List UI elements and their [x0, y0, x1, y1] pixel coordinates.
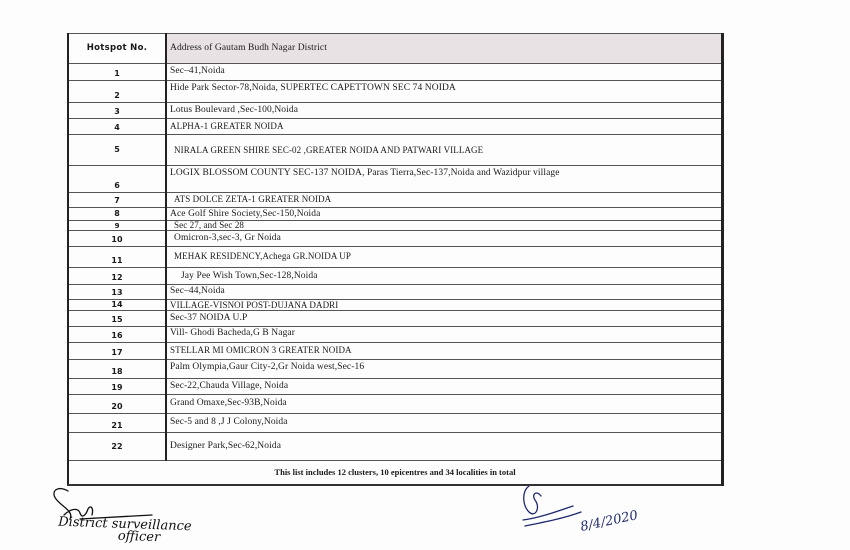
hotspot-number: 8 — [68, 208, 166, 221]
table-row: 18 Palm Olympia,Gaur City-2,Gr Noida wes… — [68, 360, 723, 379]
hotspot-table: Hotspot No. Address of Gautam Budh Nagar… — [67, 33, 724, 486]
scanned-document-page: Hotspot No. Address of Gautam Budh Nagar… — [0, 0, 850, 550]
hotspot-address: Sec–44,Noida — [166, 285, 723, 300]
hotspot-address: Jay Pee Wish Town,Sec-128,Noida — [166, 268, 723, 285]
table-row: 10 Omicron-3,sec-3, Gr Noida — [68, 231, 723, 247]
summary-note: This list includes 12 clusters, 10 epice… — [68, 461, 723, 485]
hotspot-number: 9 — [68, 221, 166, 231]
hotspot-address: Grand Omaxe,Sec-93B,Noida — [166, 395, 723, 414]
table-row: 16 Vill- Ghodi Bacheda,G B Nagar — [68, 327, 723, 343]
hotspot-number: 1 — [68, 64, 166, 81]
table-row: 6 LOGIX BLOSSOM COUNTY SEC-137 NOIDA, Pa… — [68, 166, 723, 193]
table-row: 8 Ace Golf Shire Society,Sec-150,Noida — [68, 208, 723, 221]
hotspot-address: Lotus Boulevard ,Sec-100,Noida — [166, 103, 723, 119]
table-row: 5 NIRALA GREEN SHIRE SEC-02 ,GREATER NOI… — [68, 135, 723, 166]
hotspot-number: 12 — [68, 268, 166, 285]
hotspot-address: Palm Olympia,Gaur City-2,Gr Noida west,S… — [166, 360, 723, 379]
hotspot-number: 3 — [68, 103, 166, 119]
hotspot-address: ATS DOLCE ZETA-1 GREATER NOIDA — [166, 193, 723, 208]
hotspot-address: Sec-22,Chauda Village, Noida — [166, 379, 723, 395]
table-row: 11 MEHAK RESIDENCY,Achega GR.NOIDA UP — [68, 247, 723, 268]
hotspot-number: 4 — [68, 119, 166, 135]
table-row: 12 Jay Pee Wish Town,Sec-128,Noida — [68, 268, 723, 285]
table-row: 17 STELLAR MI OMICRON 3 GREATER NOIDA — [68, 343, 723, 360]
hotspot-address: Sec-5 and 8 ,J J Colony,Noida — [166, 414, 723, 433]
table-row: 20 Grand Omaxe,Sec-93B,Noida — [68, 395, 723, 414]
table-row: 4 ALPHA-1 GREATER NOIDA — [68, 119, 723, 135]
hotspot-address: LOGIX BLOSSOM COUNTY SEC-137 NOIDA, Para… — [166, 166, 723, 193]
hotspot-address: VILLAGE-VISNOI POST-DUJANA DADRI — [166, 300, 723, 311]
table-footer-row: This list includes 12 clusters, 10 epice… — [68, 461, 723, 485]
hotspot-address: MEHAK RESIDENCY,Achega GR.NOIDA UP — [166, 247, 723, 268]
hotspot-address: Vill- Ghodi Bacheda,G B Nagar — [166, 327, 723, 343]
table-row: 15 Sec-37 NOIDA U.P — [68, 311, 723, 327]
hotspot-address: NIRALA GREEN SHIRE SEC-02 ,GREATER NOIDA… — [166, 135, 723, 166]
table-row: 9 Sec 27, and Sec 28 — [68, 221, 723, 231]
hotspot-number: 10 — [68, 231, 166, 247]
hotspot-number: 19 — [68, 379, 166, 395]
hotspot-number: 18 — [68, 360, 166, 379]
hotspot-address: ALPHA-1 GREATER NOIDA — [166, 119, 723, 135]
hotspot-address: Sec-37 NOIDA U.P — [166, 311, 723, 327]
hotspot-address: STELLAR MI OMICRON 3 GREATER NOIDA — [166, 343, 723, 360]
hotspot-address: Sec–41,Noida — [166, 64, 723, 81]
district-officer-signature: District surveillance officer — [18, 485, 298, 547]
hotspot-number: 2 — [68, 81, 166, 103]
table-row: 14 VILLAGE-VISNOI POST-DUJANA DADRI — [68, 300, 723, 311]
table-row: 2 Hide Park Sector-78,Noida, SUPERTEC CA… — [68, 81, 723, 103]
hotspot-address: Sec 27, and Sec 28 — [166, 221, 723, 231]
hotspot-number: 22 — [68, 433, 166, 461]
hotspot-number: 5 — [68, 135, 166, 166]
hotspot-address: Designer Park,Sec-62,Noida — [166, 433, 723, 461]
table-row: 22 Designer Park,Sec-62,Noida — [68, 433, 723, 461]
header-address: Address of Gautam Budh Nagar District — [166, 34, 723, 64]
hotspot-number: 7 — [68, 193, 166, 208]
header-hotspot-no: Hotspot No. — [68, 34, 166, 64]
hotspot-number: 6 — [68, 166, 166, 193]
hotspot-number: 13 — [68, 285, 166, 300]
table-row: 19 Sec-22,Chauda Village, Noida — [68, 379, 723, 395]
hotspot-number: 16 — [68, 327, 166, 343]
hotspot-number: 17 — [68, 343, 166, 360]
hotspot-address: Ace Golf Shire Society,Sec-150,Noida — [166, 208, 723, 221]
hotspot-number: 20 — [68, 395, 166, 414]
table-row: 1 Sec–41,Noida — [68, 64, 723, 81]
table-row: 7 ATS DOLCE ZETA-1 GREATER NOIDA — [68, 193, 723, 208]
table-header-row: Hotspot No. Address of Gautam Budh Nagar… — [68, 34, 723, 64]
hotspot-number: 15 — [68, 311, 166, 327]
hotspot-address: Omicron-3,sec-3, Gr Noida — [166, 231, 723, 247]
hotspot-number: 21 — [68, 414, 166, 433]
table-row: 13 Sec–44,Noida — [68, 285, 723, 300]
cmo-signature: 8/4/2020 — [515, 482, 715, 550]
hotspot-address: Hide Park Sector-78,Noida, SUPERTEC CAPE… — [166, 81, 723, 103]
hotspot-number: 11 — [68, 247, 166, 268]
signatory-title: District surveillance officer — [58, 517, 192, 546]
table-row: 21 Sec-5 and 8 ,J J Colony,Noida — [68, 414, 723, 433]
hotspot-number: 14 — [68, 300, 166, 311]
table-row: 3 Lotus Boulevard ,Sec-100,Noida — [68, 103, 723, 119]
